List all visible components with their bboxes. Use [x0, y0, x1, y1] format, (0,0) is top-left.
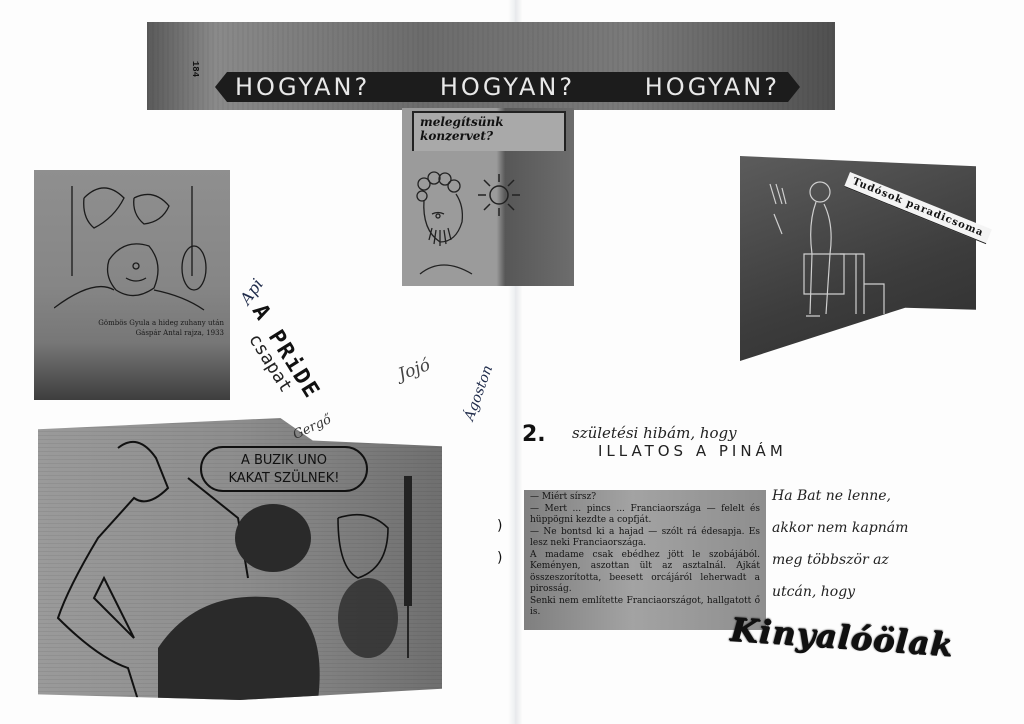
closing-signature: Kinyalóölak: [729, 610, 955, 663]
excerpt-paragraph: A madame csak ebédhez jött le szobájából…: [530, 550, 760, 596]
title-strip: HOGYAN? HOGYAN? HOGYAN?: [227, 72, 788, 102]
cartoon-mirror-illustration-icon: [54, 178, 214, 318]
note-line-2: ILLATOS A PINÁM: [598, 442, 787, 460]
sun-icon: [474, 170, 524, 220]
page-number: 184: [190, 61, 200, 77]
note-right-line: Ha Bat ne lenne,: [772, 480, 1002, 512]
title-word: HOGYAN?: [440, 73, 575, 101]
page-mark: ): [497, 510, 502, 542]
excerpt-paragraph: — Mert ... pincs ... Franciaországa — fe…: [530, 504, 760, 527]
title-word: HOGYAN?: [235, 73, 370, 101]
excerpt-paragraph: Senki nem említette Franciaországot, hal…: [530, 596, 760, 619]
note-right-line: akkor nem kapnám: [772, 512, 1002, 544]
speech-line: A BUZIK UNO: [202, 452, 366, 470]
signature-gergo: Gergő: [291, 412, 334, 443]
page-mark: ): [497, 542, 502, 574]
gombos-cartoon-clipping: Gömbös Gyula a hideg zuhany után Gáspár …: [34, 170, 230, 400]
woman-illustration-icon: [412, 170, 482, 280]
header-banner-clipping: 184 HOGYAN? HOGYAN? HOGYAN?: [147, 22, 835, 110]
speech-cartoon-clipping: A BUZIK UNO KAKAT SZÜLNEK!: [38, 418, 442, 700]
caption-line: Gömbös Gyula a hideg zuhany után: [54, 318, 224, 328]
speech-bubble: A BUZIK UNO KAKAT SZÜLNEK!: [200, 446, 368, 492]
excerpt-paragraph: — Ne bontsd ki a hajad — szólt rá édesap…: [530, 527, 760, 550]
conserve-headline: melegítsünk konzervet?: [420, 115, 560, 143]
title-word: HOGYAN?: [645, 73, 780, 101]
signature-jojo: Jojó: [396, 355, 433, 385]
speech-line: KAKAT SZÜLNEK!: [202, 470, 366, 488]
note-line-1: születési hibám, hogy: [572, 424, 737, 442]
text-excerpt-clipping: — Miért sírsz? — Mert ... pincs ... Fran…: [524, 490, 766, 630]
gombos-caption: Gömbös Gyula a hideg zuhany után Gáspár …: [54, 318, 224, 338]
caption-line: Gáspár Antal rajza, 1933: [54, 328, 224, 338]
note-right-line: meg többször az: [772, 544, 1002, 576]
note-right-line: utcán, hogy: [772, 576, 1002, 608]
signature-agoston: Ágoston: [461, 363, 496, 423]
note-right-block: Ha Bat ne lenne, akkor nem kapnám meg tö…: [772, 480, 1002, 608]
conserve-headline-box: melegítsünk konzervet?: [412, 111, 566, 151]
excerpt-paragraph: — Miért sírsz?: [530, 492, 760, 504]
note-number: 2.: [522, 422, 546, 447]
conserve-clipping: melegítsünk konzervet?: [402, 108, 574, 286]
page-marks: ) ): [497, 510, 502, 574]
